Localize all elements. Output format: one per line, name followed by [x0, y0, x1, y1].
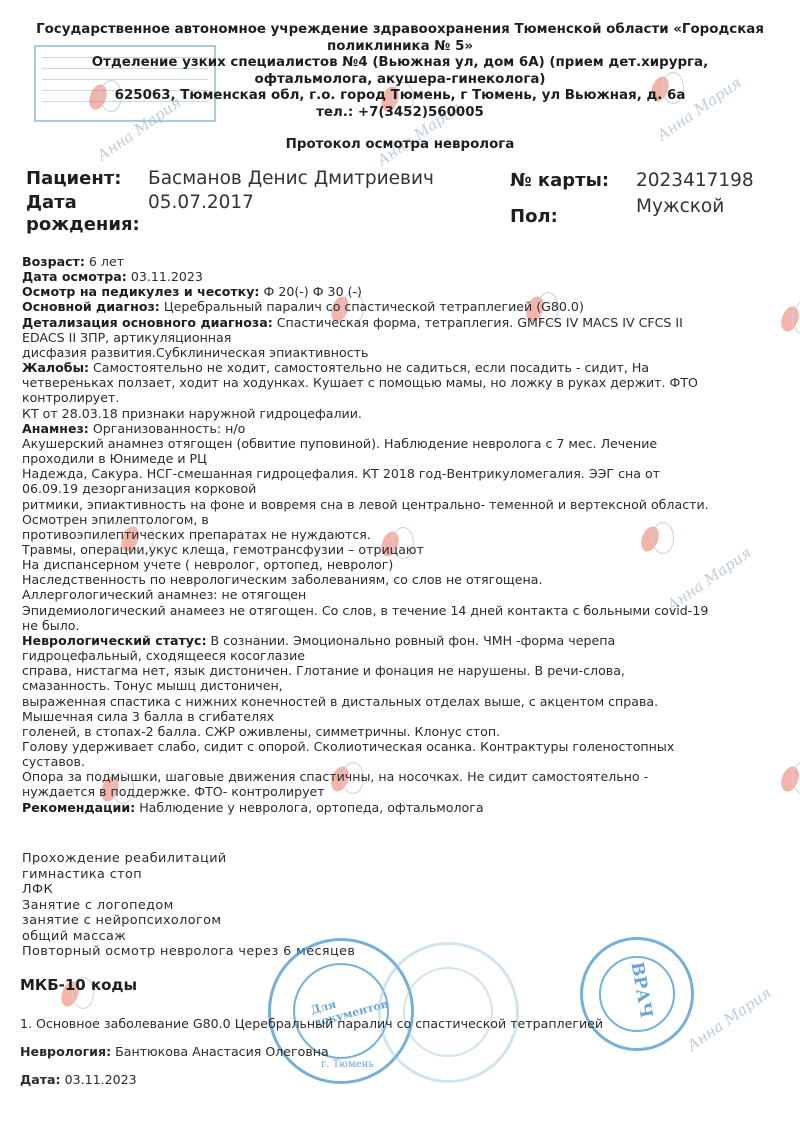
phone: тел.: +7(3452)560005 — [0, 105, 800, 122]
watermark-text: Анна Мария — [684, 983, 775, 1054]
signature-date: Дата: 03.11.2023 — [20, 1072, 137, 1087]
anamnesis-text: проходили в Юнимеде и РЦ — [22, 451, 797, 466]
document-title: Протокол осмотра невролога — [0, 137, 800, 152]
anamnesis-text: Надежда, Сакура. НСГ-смешанная гидроцефа… — [22, 466, 797, 481]
main-diagnosis-value: Церебральный паралич со спастической тет… — [160, 299, 584, 314]
card-number-label: № карты: — [510, 170, 609, 192]
anamnesis-text: Аллергологический анамнез: не отягощен — [22, 587, 797, 602]
exam-date-value: 03.11.2023 — [127, 269, 203, 284]
anamnesis-text: противоэпилептических препаратах не нужд… — [22, 527, 797, 542]
recommendation-item: занятие с нейропсихологом — [22, 913, 522, 929]
anamnesis-text: Наследственность по неврологическим забо… — [22, 572, 797, 587]
recommendation-item: Занятие с логопедом — [22, 898, 522, 914]
org-name-line-1: Государственное автономное учреждение зд… — [0, 22, 800, 39]
complaints-text: контролирует. — [22, 390, 797, 405]
seal-city: г. Тюмень — [321, 1059, 374, 1070]
neurologist-signature: Неврология: Бантюкова Анастасия Олеговна — [20, 1044, 329, 1059]
anamnesis-text: Акушерский анамнез отягощен (обвитие пуп… — [22, 436, 797, 451]
recommendation-item: Прохождение реабилитаций — [22, 851, 522, 867]
anamnesis-text: На диспансерном учете ( невролог, ортопе… — [22, 557, 797, 572]
neuro-status-label: Неврологический статус: — [22, 633, 207, 648]
diagnosis-detail-text: EDACS II ЗПР, артикуляционная — [22, 330, 797, 345]
diagnosis-detail-label: Детализация основного диагноза: — [22, 315, 273, 330]
neuro-status-text: суставов. — [22, 754, 797, 769]
diagnosis-detail-text: дисфазия развития.Субклиническая эпиакти… — [22, 345, 797, 360]
recommendation-item: ЛФК — [22, 882, 522, 898]
age-label: Возраст: — [22, 254, 85, 269]
sex-label: Пол: — [510, 206, 558, 228]
neuro-status-text: справа, нистагма нет, язык дистоничен. Г… — [22, 663, 797, 678]
exam-body: Возраст: 6 лет Дата осмотра: 03.11.2023 … — [22, 254, 797, 815]
card-number: 2023417198 — [636, 170, 754, 192]
anamnesis-label: Анамнез: — [22, 421, 89, 436]
anamnesis-text: 06.09.19 дезорганизация корковой — [22, 481, 797, 496]
neurologist-name: Бантюкова Анастасия Олеговна — [111, 1044, 329, 1059]
anamnesis-text: Травмы, операции,укус клеща, гемотрансфу… — [22, 542, 797, 557]
recommendations-label: Рекомендации: — [22, 800, 135, 815]
diagnosis-detail-text: Спастическая форма, тетраплегия. GMFCS I… — [273, 315, 683, 330]
neuro-status-text: В сознании. Эмоционально ровный фон. ЧМН… — [207, 633, 616, 648]
mkb-codes-title: МКБ-10 коды — [20, 976, 137, 994]
address: 625063, Тюменская обл, г.о. город Тюмень… — [0, 88, 800, 105]
org-name-line-2: поликлиника № 5» — [0, 39, 800, 56]
pediculosis-value: Ф 20(-) Ф 30 (-) — [259, 284, 362, 299]
pediculosis-label: Осмотр на педикулез и чесотку: — [22, 284, 259, 299]
patient-label: Пациент: — [26, 168, 121, 190]
birth-date-label: Дата — [26, 192, 77, 214]
exam-date-label: Дата осмотра: — [22, 269, 127, 284]
institution-header: Государственное автономное учреждение зд… — [0, 22, 800, 121]
neuro-status-text: гидроцефальный, сходящееся косоглазие — [22, 648, 797, 663]
doctor-round-seal: ВРАЧ — [580, 937, 694, 1051]
neuro-status-text: выраженная спастика с нижних конечностей… — [22, 694, 797, 709]
neuro-status-text: голеней, в стопах-2 балла. СЖР оживлены,… — [22, 724, 797, 739]
neurology-label: Неврология: — [20, 1044, 111, 1059]
recommendation-item: гимнастика стоп — [22, 867, 522, 883]
age-value: 6 лет — [85, 254, 124, 269]
patient-name: Басманов Денис Дмитриевич — [148, 168, 434, 190]
neuro-status-text: Голову удерживает слабо, сидит с опорой.… — [22, 739, 797, 754]
secondary-round-seal — [378, 942, 519, 1083]
complaints-label: Жалобы: — [22, 360, 89, 375]
recommendations-text: Наблюдение у невролога, ортопеда, офталь… — [135, 800, 483, 815]
sex: Мужской — [636, 196, 724, 218]
anamnesis-text: не было. — [22, 618, 797, 633]
department-line-1: Отделение узких специалистов №4 (Вьюжная… — [0, 55, 800, 72]
birth-date-label-2: рождения: — [26, 214, 140, 236]
department-line-2: офтальмолога, акушера-гинеколога) — [0, 72, 800, 89]
neuro-status-text: Мышечная сила 3 балла в сгибателях — [22, 709, 797, 724]
anamnesis-text: Осмотрен эпилептологом, в — [22, 512, 797, 527]
main-diagnosis-label: Основной диагноз: — [22, 299, 160, 314]
complaints-text: Самостоятельно не ходит, самостоятельно … — [89, 360, 649, 375]
date-value: 03.11.2023 — [61, 1072, 137, 1087]
mkb-code-item: 1. Основное заболевание G80.0 Церебральн… — [20, 1016, 603, 1031]
anamnesis-text: Организованность: н/о — [89, 421, 246, 436]
anamnesis-text: ритмики, эпиактивность на фоне и вовремя… — [22, 497, 797, 512]
anamnesis-text: Эпидемиологический анамеез не отягощен. … — [22, 603, 797, 618]
neuro-status-text: нуждается в поддержке. ФТО- контролирует — [22, 784, 797, 799]
neuro-status-text: смазанность. Тонус мышц дистоничен, — [22, 678, 797, 693]
date-label: Дата: — [20, 1072, 61, 1087]
neuro-status-text: Опора за подмышки, шаговые движения спас… — [22, 769, 797, 784]
complaints-text: четвереньках ползает, ходит на ходунках.… — [22, 375, 797, 390]
birth-date: 05.07.2017 — [148, 192, 254, 214]
complaints-text: КТ от 28.03.18 признаки наружной гидроце… — [22, 406, 797, 421]
